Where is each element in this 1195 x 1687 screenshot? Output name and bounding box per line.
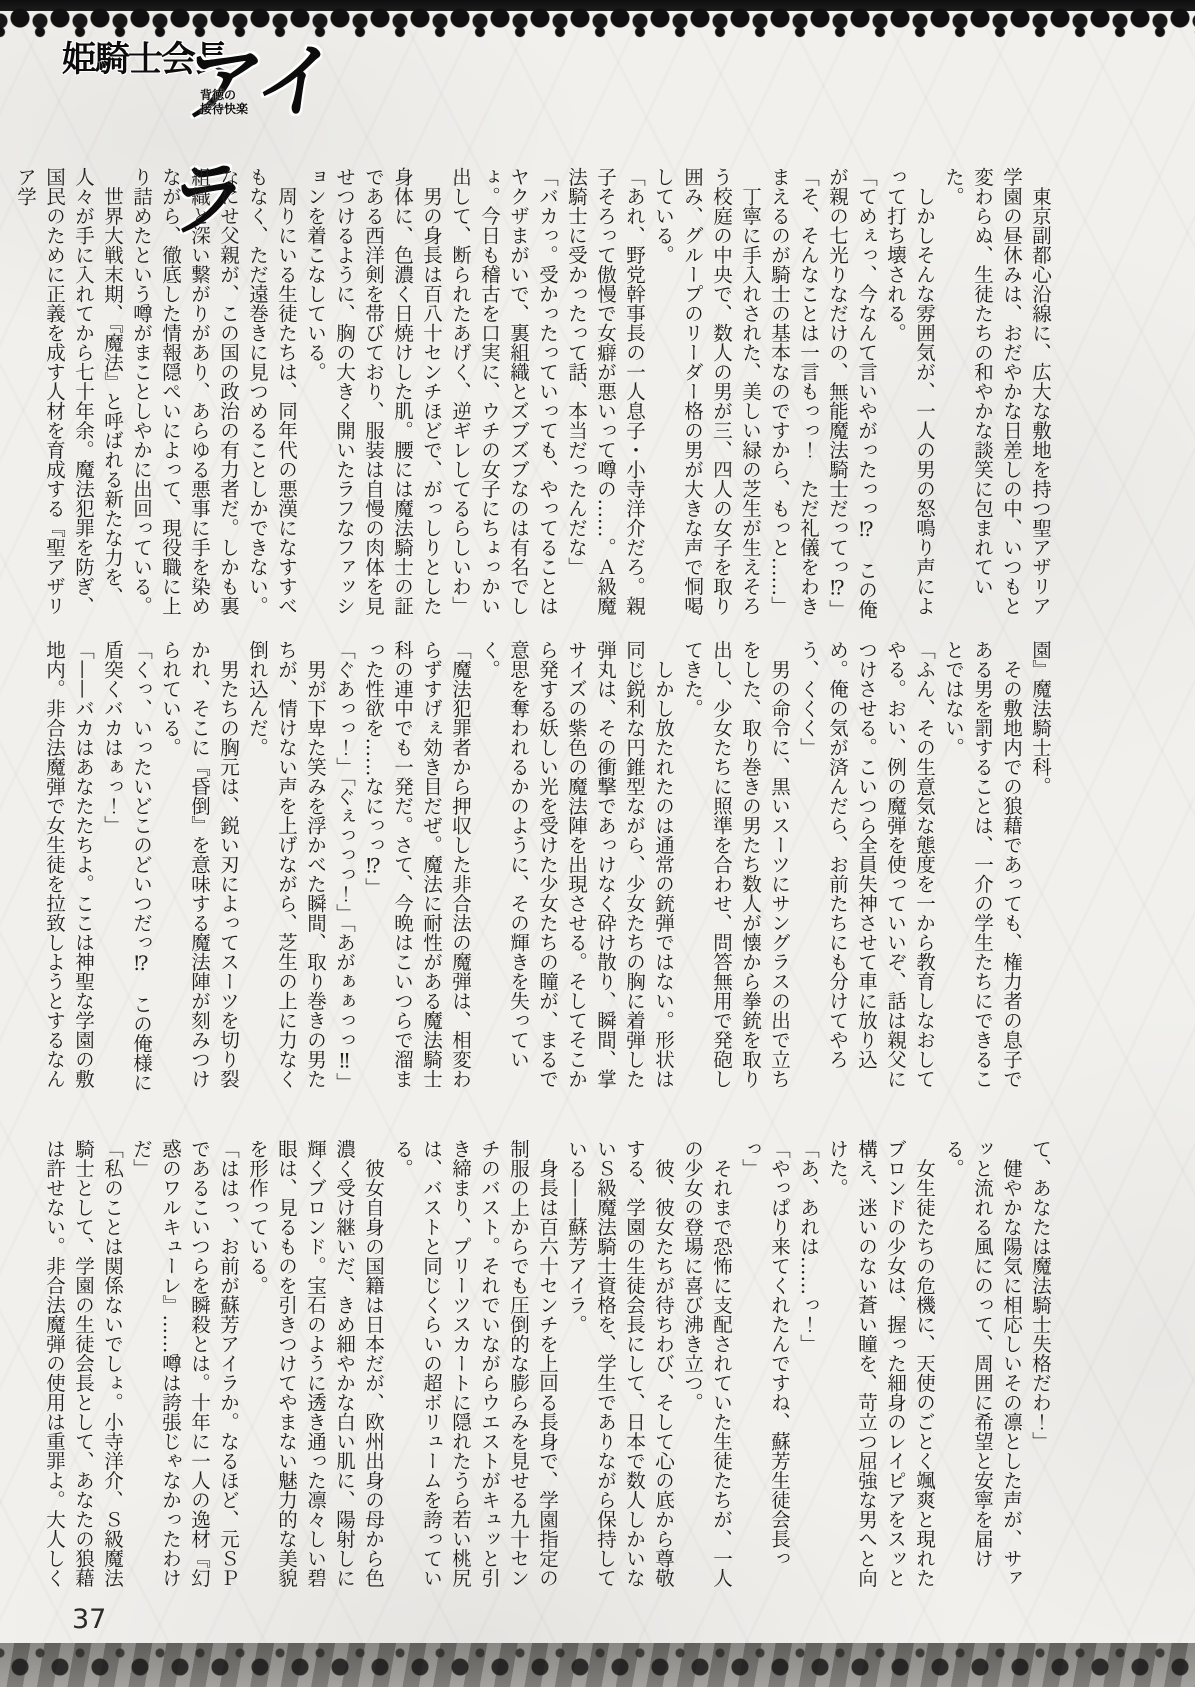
series-logo: 姫騎士会長 アイラ 背徳の 接待快楽 [58,16,358,126]
book-page: 姫騎士会長 アイラ 背徳の 接待快楽 東京副都心沿線に、広大な敷地を持つ聖アザリ… [0,0,1195,1687]
novel-text-band-2: 園』魔法騎士科。 その敷地内での狼藉であっても、権力者の息子である男を罰すること… [60,640,1055,1092]
logo-subtitle: 背徳の 接待快楽 [200,88,248,116]
page-number: 37 [72,1604,106,1635]
novel-text-band-1: 東京副都心沿線に、広大な敷地を持つ聖アザリア学園の昼休みは、おだやかな日差しの中… [60,167,1055,619]
novel-text-band-3: て、あなたは魔法騎士失格だわ！」 健やかな陽気に相応しいその凛とした声が、サァッ… [60,1139,1055,1591]
decorative-border-bottom [0,1643,1195,1687]
